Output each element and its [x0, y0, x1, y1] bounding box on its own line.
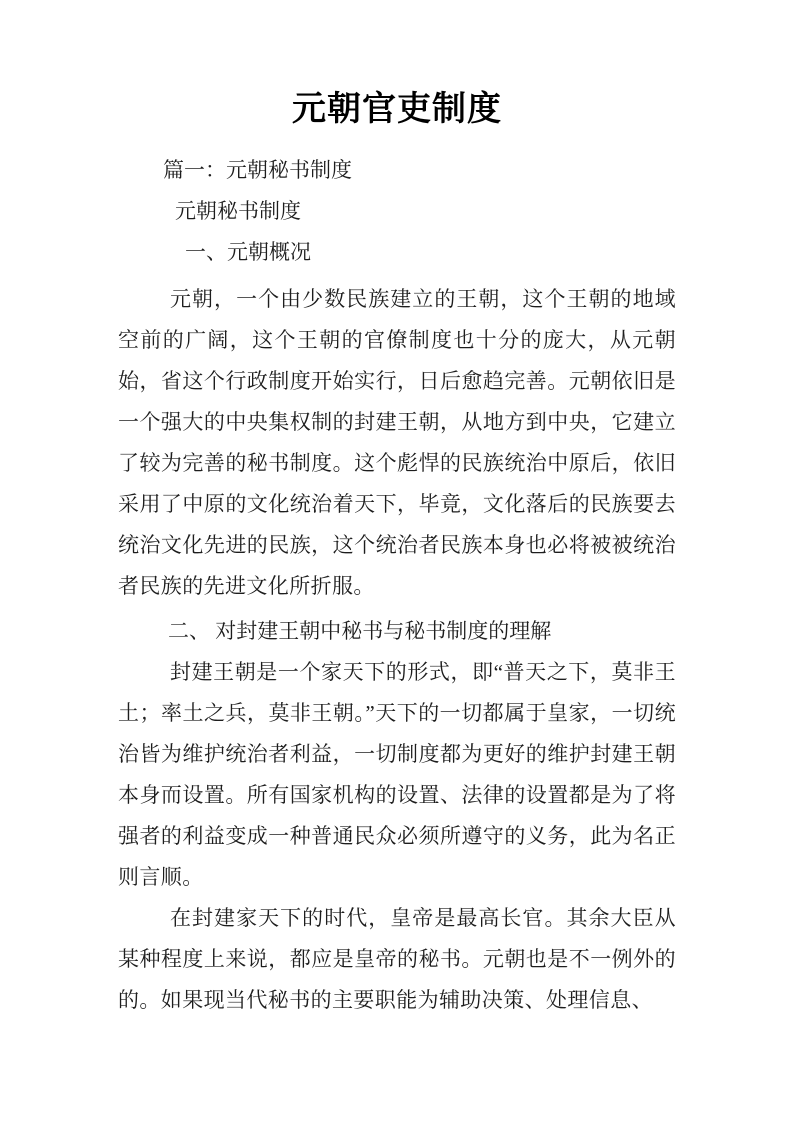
paragraph-yuan-overview: 元朝，一个由少数民族建立的王朝，这个王朝的地域空前的广阔，这个王朝的官僚制度也十…	[118, 279, 676, 607]
document-page: 元朝官吏制度 篇一：元朝秘书制度 元朝秘书制度 一、元朝概况 元朝，一个由少数民…	[0, 0, 800, 1132]
document-title: 元朝官吏制度	[118, 86, 676, 134]
source-meta-line: 篇一：元朝秘书制度	[118, 150, 676, 191]
section-1-heading: 一、元朝概况	[118, 232, 676, 273]
section-2-heading: 二、 对封建王朝中秘书与秘书制度的理解	[118, 611, 676, 652]
document-subtitle: 元朝秘书制度	[118, 191, 676, 232]
paragraph-emperor-highest-official: 在封建家天下的时代，皇帝是最高长官。其余大臣从某种程度上来说，都应是皇帝的秘书。…	[118, 898, 676, 1021]
paragraph-feudal-dynasty-secretary: 封建王朝是一个家天下的形式，即“普天之下，莫非王土；率土之兵，莫非王朝。”天下的…	[118, 652, 676, 898]
